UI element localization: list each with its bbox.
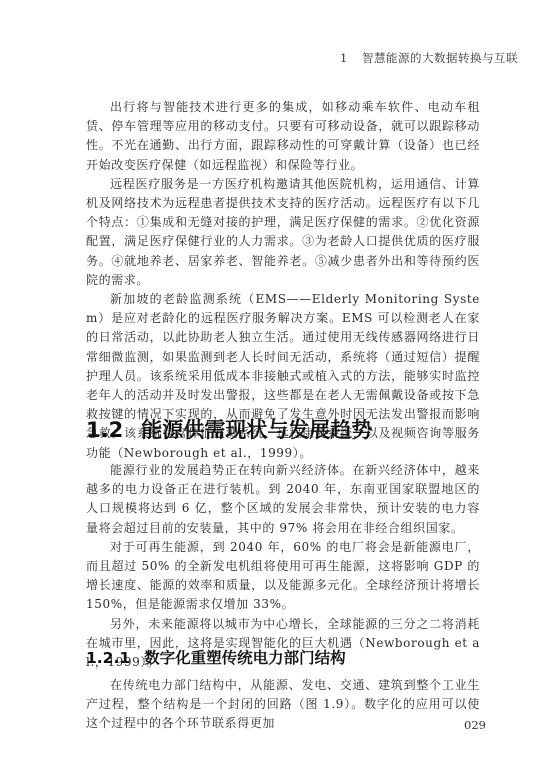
section-heading-1-2: 1.2能源供需现状与发展趋势 [86, 414, 372, 444]
page-number: 029 [464, 718, 486, 732]
running-header: 1 智慧能源的大数据转换与互联 [340, 50, 518, 66]
section-title: 能源供需现状与发展趋势 [141, 418, 372, 442]
section-1-2-body: 能源行业的发展趋势正在转向新兴经济体。在新兴经济体中，越来越多的电力设备正在进行… [86, 461, 480, 672]
section-1-1-body: 出行将与智能技术进行更多的集成，如移动乘车软件、电动车租赁、停车管理等应用的移动… [86, 98, 480, 463]
paragraph: 在传统电力部门结构中，从能源、发电、交通、建筑到整个工业生产过程，整个结构是一个… [86, 676, 480, 734]
subsection-heading-1-2-1: 1.2.1数字化重塑传统电力部门结构 [86, 646, 346, 668]
paragraph: 对于可再生能源，到 2040 年，60% 的电厂将会是新能源电厂，而且超过 50… [86, 538, 480, 615]
section-1-2-1-body: 在传统电力部门结构中，从能源、发电、交通、建筑到整个工业生产过程，整个结构是一个… [86, 676, 480, 734]
paragraph: 能源行业的发展趋势正在转向新兴经济体。在新兴经济体中，越来越多的电力设备正在进行… [86, 461, 480, 538]
chapter-title: 智慧能源的大数据转换与互联 [362, 51, 518, 65]
section-number: 1.2 [86, 418, 123, 442]
paragraph: 出行将与智能技术进行更多的集成，如移动乘车软件、电动车租赁、停车管理等应用的移动… [86, 98, 480, 175]
subsection-number: 1.2.1 [86, 649, 130, 667]
paragraph: 远程医疗服务是一方医疗机构邀请其他医院机构，运用通信、计算机及网络技术为远程患者… [86, 175, 480, 290]
subsection-title: 数字化重塑传统电力部门结构 [144, 649, 346, 667]
chapter-number: 1 [340, 51, 348, 65]
